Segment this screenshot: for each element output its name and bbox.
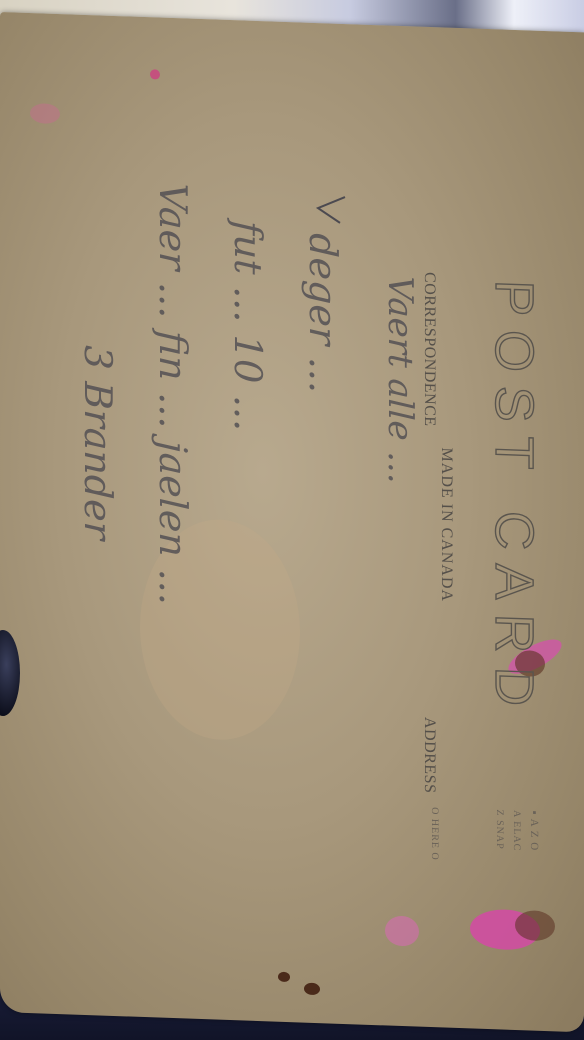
stamp-box-line: O HERE O xyxy=(429,807,440,861)
handwriting-line: fut ... 10 ... xyxy=(226,220,270,432)
handwriting-line: deger ... xyxy=(301,233,345,395)
brown-spots xyxy=(278,972,290,982)
postcard: POST CARD CORRESPONDENCE MADE IN CANADA … xyxy=(0,12,584,1032)
pink-stain xyxy=(385,915,419,946)
arrow-mark-icon xyxy=(310,188,350,229)
handwriting-line: Vaert alle ... xyxy=(380,275,420,484)
handwriting-line: 3 Brander xyxy=(76,345,120,541)
stamp-box-line: Z SNAP xyxy=(494,809,505,850)
handwriting-line: Vaer ... fin ... jaelen ... xyxy=(151,182,195,606)
postcard-title: POST CARD xyxy=(483,279,545,721)
address-label: ADDRESS xyxy=(420,717,438,794)
pink-stain xyxy=(30,103,60,124)
stamp-box-line: ▪ A Z O xyxy=(528,810,540,851)
correspondence-label: CORRESPONDENCE xyxy=(420,272,438,427)
stamp-box-line: A ELAC xyxy=(511,810,522,852)
made-in-label: MADE IN CANADA xyxy=(437,447,455,602)
pink-stain xyxy=(150,69,160,79)
brown-spots xyxy=(304,983,320,996)
